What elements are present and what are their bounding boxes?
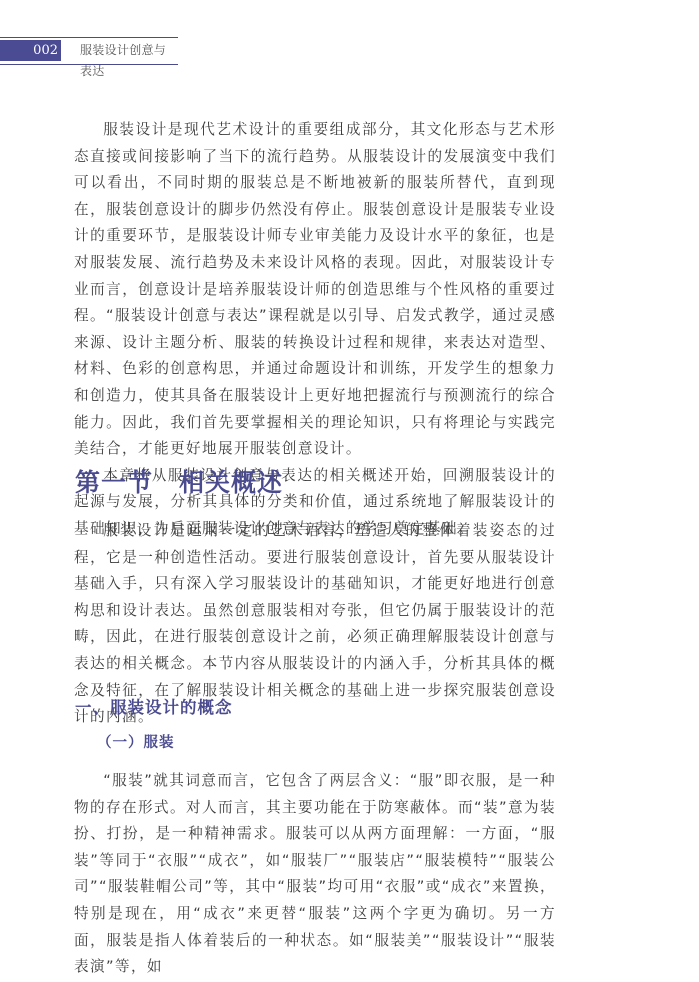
header-rule-top — [0, 37, 178, 38]
header-rule-bottom — [0, 64, 178, 65]
subsection-paragraph: “服装”就其词意而言，它包含了两层含义：“服”即衣服，是一种物的存在形式。对人而… — [74, 768, 556, 981]
running-header: 002 服装设计创意与表达 — [0, 37, 178, 65]
section-title: 第一节 相关概述 — [75, 463, 283, 499]
page-number: 002 — [0, 40, 61, 61]
subsubsection-title: （一）服装 — [97, 731, 175, 752]
subsection-title: 一、服装设计的概念 — [75, 694, 233, 718]
subsection-text: “服装”就其词意而言，它包含了两层含义：“服”即衣服，是一种物的存在形式。对人而… — [74, 768, 556, 981]
book-title: 服装设计创意与表达 — [80, 40, 178, 82]
intro-paragraph: 服装设计是现代艺术设计的重要组成部分，其文化形态与艺术形态直接或间接影响了当下的… — [74, 117, 556, 463]
